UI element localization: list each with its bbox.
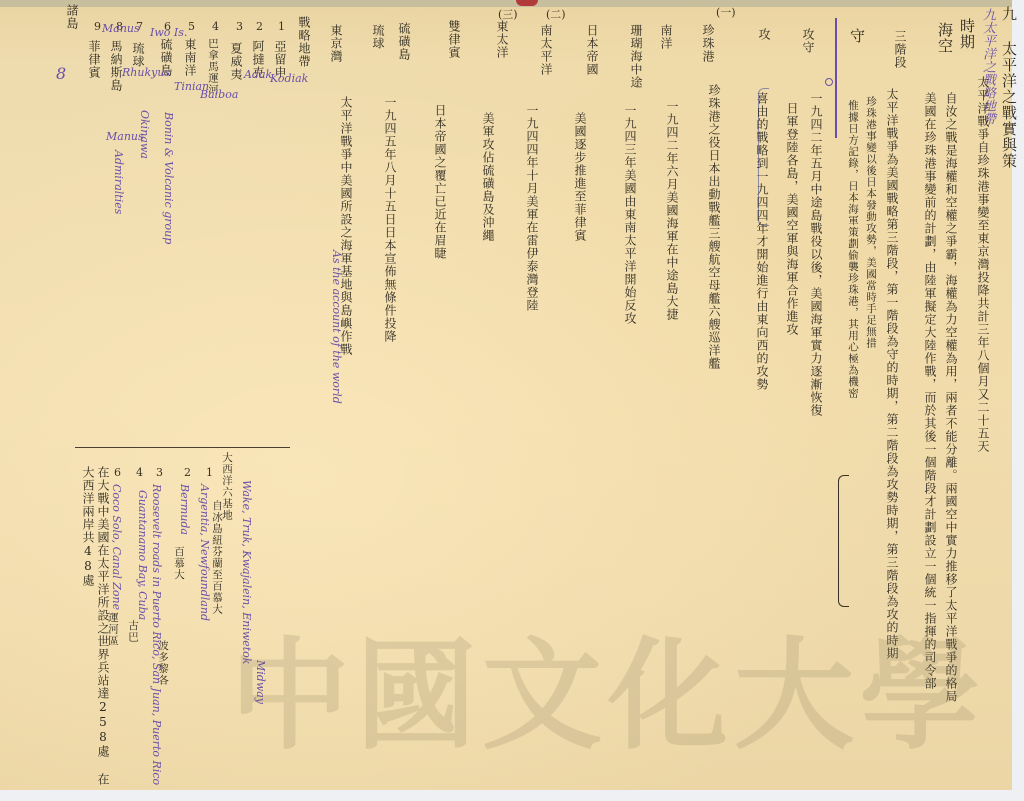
body-column: 美國逐步推進至菲律賓 <box>572 112 587 242</box>
heading-south-seas: 南洋 <box>658 24 673 50</box>
list-header: 諸島 <box>64 4 79 30</box>
bracket-mark-lower <box>838 475 849 607</box>
heading-gongshou: 攻守 <box>800 28 815 54</box>
atlantic-num-4: 4 <box>136 466 143 479</box>
heading-coral-sea-midway: 珊瑚海中途 <box>628 24 643 89</box>
watermark: 中國文化大學 <box>230 600 986 772</box>
atlantic-num-6: 6 <box>114 466 121 479</box>
heading-shiqi: 時期 <box>958 18 976 50</box>
atlantic-num-1: 1 <box>206 466 213 479</box>
body-column: 日本帝國之覆亡已近在眉睫 <box>432 104 447 260</box>
heading-iwo-jima: 硫磺島 <box>396 22 411 61</box>
heading-strategic-zone: 戰略地帶 <box>296 16 311 68</box>
heading-ryukyu: 琉球 <box>370 24 385 50</box>
heading-haikong: 海空 <box>936 22 954 54</box>
heading-south-pacific: 南太平洋 <box>538 24 553 76</box>
annotation-kodiak: Kodiak <box>270 72 308 85</box>
list-num-2: 2 <box>256 20 263 33</box>
list-num-5: 5 <box>188 20 195 33</box>
document-title: 九 太平洋之戰實與策 <box>1000 6 1018 169</box>
annotation-bonin: Bonin & Volcanic group <box>162 112 175 244</box>
body-column: 一九四五年八月十五日日本宣佈無條件投降 <box>382 96 397 343</box>
atlantic-num-2: 2 <box>184 466 191 479</box>
heading-shou: 守 <box>848 28 866 44</box>
list-item-3: 夏威夷 <box>228 42 243 81</box>
body-column: 喜由的戰略到一九四四年才開始進行由東向西的攻勢 <box>754 92 769 391</box>
section-marker-1: (一) <box>716 4 736 20</box>
list-item-9: 菲律賓 <box>86 40 101 79</box>
atlantic-note-4: 古巴 <box>126 620 139 643</box>
list-num-4: 4 <box>212 20 219 33</box>
heading-pearl-harbor: 珍珠港 <box>700 24 715 63</box>
atlantic-num-3: 3 <box>156 466 163 479</box>
annotation-manus: Manus <box>102 22 140 35</box>
list-num-9: 9 <box>94 20 101 33</box>
manuscript-page: 九 太平洋之戰實與策 九太平洋之戰略地帶 時期 海空 三階段 守 攻守 攻 (一… <box>0 0 1012 790</box>
atlantic-item-6: Coco Solo, Canal Zone <box>110 484 123 610</box>
atlantic-closing: 在大戰中美國在太平洋所設之世界兵站達258處 在大西洋兩岸共48處 <box>80 466 110 796</box>
atlantic-item-4: Guantanamo Bay, Cuba <box>136 490 149 620</box>
page-number: 8 <box>56 64 66 83</box>
annotation-adak: Adak <box>244 68 272 81</box>
body-column: 日軍登陸各島，美國空軍與海軍合作進攻 <box>784 102 799 336</box>
list-item-8: 馬納斯島 <box>108 40 123 92</box>
body-column: 太平洋戰爭自珍珠港事變至東京灣投降共計三年八個月又二十五天 <box>975 76 990 453</box>
heading-three-stages: 三階段 <box>892 30 907 69</box>
section-marker-2: (二) <box>546 6 566 22</box>
purple-circle-mark <box>825 78 833 86</box>
body-column: 一九四三年美國由東南太平洋開始反攻 <box>622 104 637 325</box>
purple-note-account: As the account of the world <box>330 250 343 404</box>
list-num-1: 1 <box>278 20 285 33</box>
heading-tokyo-bay: 東京灣 <box>328 24 343 63</box>
annotation-balboa: Balboa <box>200 88 238 101</box>
annotation-okinawa: Okinawa <box>138 110 151 159</box>
purple-divider-line <box>835 18 837 138</box>
horizontal-divider <box>75 447 290 448</box>
body-column: 一九四四年十月美軍在雷伊泰灣登陸 <box>524 104 539 312</box>
heading-philippines: 雙律賓 <box>446 20 461 59</box>
list-num-3: 3 <box>236 20 243 33</box>
atlantic-note-3: 波多黎各 <box>156 640 169 686</box>
heading-japanese-empire: 日本帝國 <box>584 24 599 76</box>
atlantic-note-1: 自冰島紐芬蘭至百慕大 <box>210 500 223 615</box>
annotation-iwo: Iwo Is. <box>150 26 187 39</box>
heading-gong: 攻 <box>756 28 771 41</box>
list-item-5: 東南洋 <box>182 38 197 77</box>
body-column: 一九四二年五月中途島戰役以後，美國海軍實力逐漸恢復 <box>808 92 823 417</box>
annotation-admiralties: Admiralties <box>112 150 125 214</box>
red-seal-mark <box>516 0 538 6</box>
atlantic-note-2: 百慕大 <box>172 546 185 581</box>
atlantic-item-2: Bermuda <box>178 484 191 535</box>
body-column: 美軍攻佔硫磺島及沖繩 <box>480 112 495 242</box>
heading-east-pacific: 東太洋 <box>494 20 509 59</box>
body-column: 惟據日方記錄，日本海軍策劃偷襲珍珠港，其用心極為機密 <box>846 100 859 399</box>
body-column: 太平洋戰爭為美國戰略第三階段，第一階段為守的時期，第二階段為攻勢時期，第三階段為… <box>884 88 899 660</box>
list-item-7: 琉球 <box>130 42 145 68</box>
body-column: 珍珠港之役日本出動戰艦三艘航空母艦六艘巡洋艦 <box>706 84 721 370</box>
body-column: 一九四二年六月美國海軍在中途島大捷 <box>664 100 679 321</box>
atlantic-item-3: Roosevelt roads in Puerto Rico, San Juan… <box>150 484 163 785</box>
body-column: 珍珠港事變以後日本發動攻勢，美國當時手足無措 <box>864 96 877 349</box>
annotation-rhukyus: Rhukyus <box>122 66 170 79</box>
